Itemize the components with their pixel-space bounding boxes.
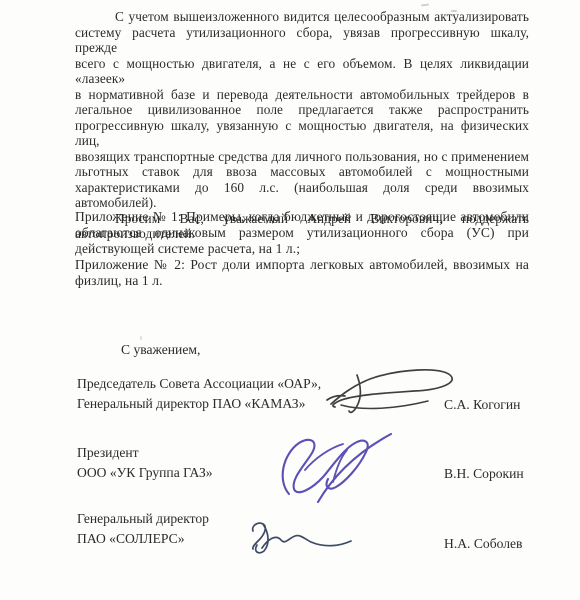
signatory-title-block: Председатель Совета Ассоциации «ОАР», Ге… <box>77 374 377 413</box>
attachment-line: Приложение № 1: Примеры, когда бюджетные… <box>75 209 529 225</box>
scan-artifact <box>140 336 142 340</box>
signatory-name: В.Н. Сорокин <box>444 467 524 481</box>
signatory-title-line: ПАО «СОЛЛЕРС» <box>77 529 377 549</box>
paragraph-line: льготных ставок для ввоза массовых автом… <box>75 164 529 180</box>
attachments-block: Приложение № 1: Примеры, когда бюджетные… <box>75 209 529 289</box>
scan-artifact <box>506 64 509 67</box>
signatory-title-line: Президент <box>77 443 377 463</box>
paragraph-line: прогрессивную шкалу, увязанную с мощност… <box>75 118 529 149</box>
attachment-line: облагаются одинаковым размером утилизаци… <box>75 225 529 241</box>
letter-page: С учетом вышеизложенного видится целесоо… <box>0 0 580 600</box>
attachment-line: Приложение № 2: Рост доли импорта легков… <box>75 257 529 273</box>
signatory-title-line: ООО «УК Группа ГАЗ» <box>77 463 377 483</box>
paragraph-main: С учетом вышеизложенного видится целесоо… <box>75 9 529 242</box>
scan-artifact <box>451 10 457 12</box>
signatory-title-line: Председатель Совета Ассоциации «ОАР», <box>77 374 377 394</box>
scan-artifact <box>421 4 429 7</box>
paragraph-line: систему расчета утилизационного сбора, у… <box>75 25 529 56</box>
signatory-title-block: Генеральный директор ПАО «СОЛЛЕРС» <box>77 509 377 548</box>
signatory-title-line: Генеральный директор ПАО «КАМАЗ» <box>77 394 377 414</box>
signatory-title-block: Президент ООО «УК Группа ГАЗ» <box>77 443 377 482</box>
paragraph-line: С учетом вышеизложенного видится целесоо… <box>75 9 529 25</box>
paragraph-line: ввозящих транспортные средства для лично… <box>75 149 529 165</box>
paragraph-line: в нормативной базе и перевода деятельнос… <box>75 87 529 103</box>
salutation-text: С уважением, <box>121 343 200 357</box>
signatory-name: Н.А. Соболев <box>444 537 522 551</box>
signatory-name: С.А. Когогин <box>444 398 520 412</box>
attachment-line: действующей системе расчета, на 1 л.; <box>75 241 529 257</box>
attachment-line: физлиц, на 1 л. <box>75 273 529 289</box>
paragraph-line: всего с мощностью двигателя, а не с его … <box>75 56 529 87</box>
paragraph-line: характеристиками до 160 л.с. (наибольшая… <box>75 180 529 211</box>
signatory-title-line: Генеральный директор <box>77 509 377 529</box>
paragraph-line: легальное цивилизованное поле предлагает… <box>75 102 529 118</box>
